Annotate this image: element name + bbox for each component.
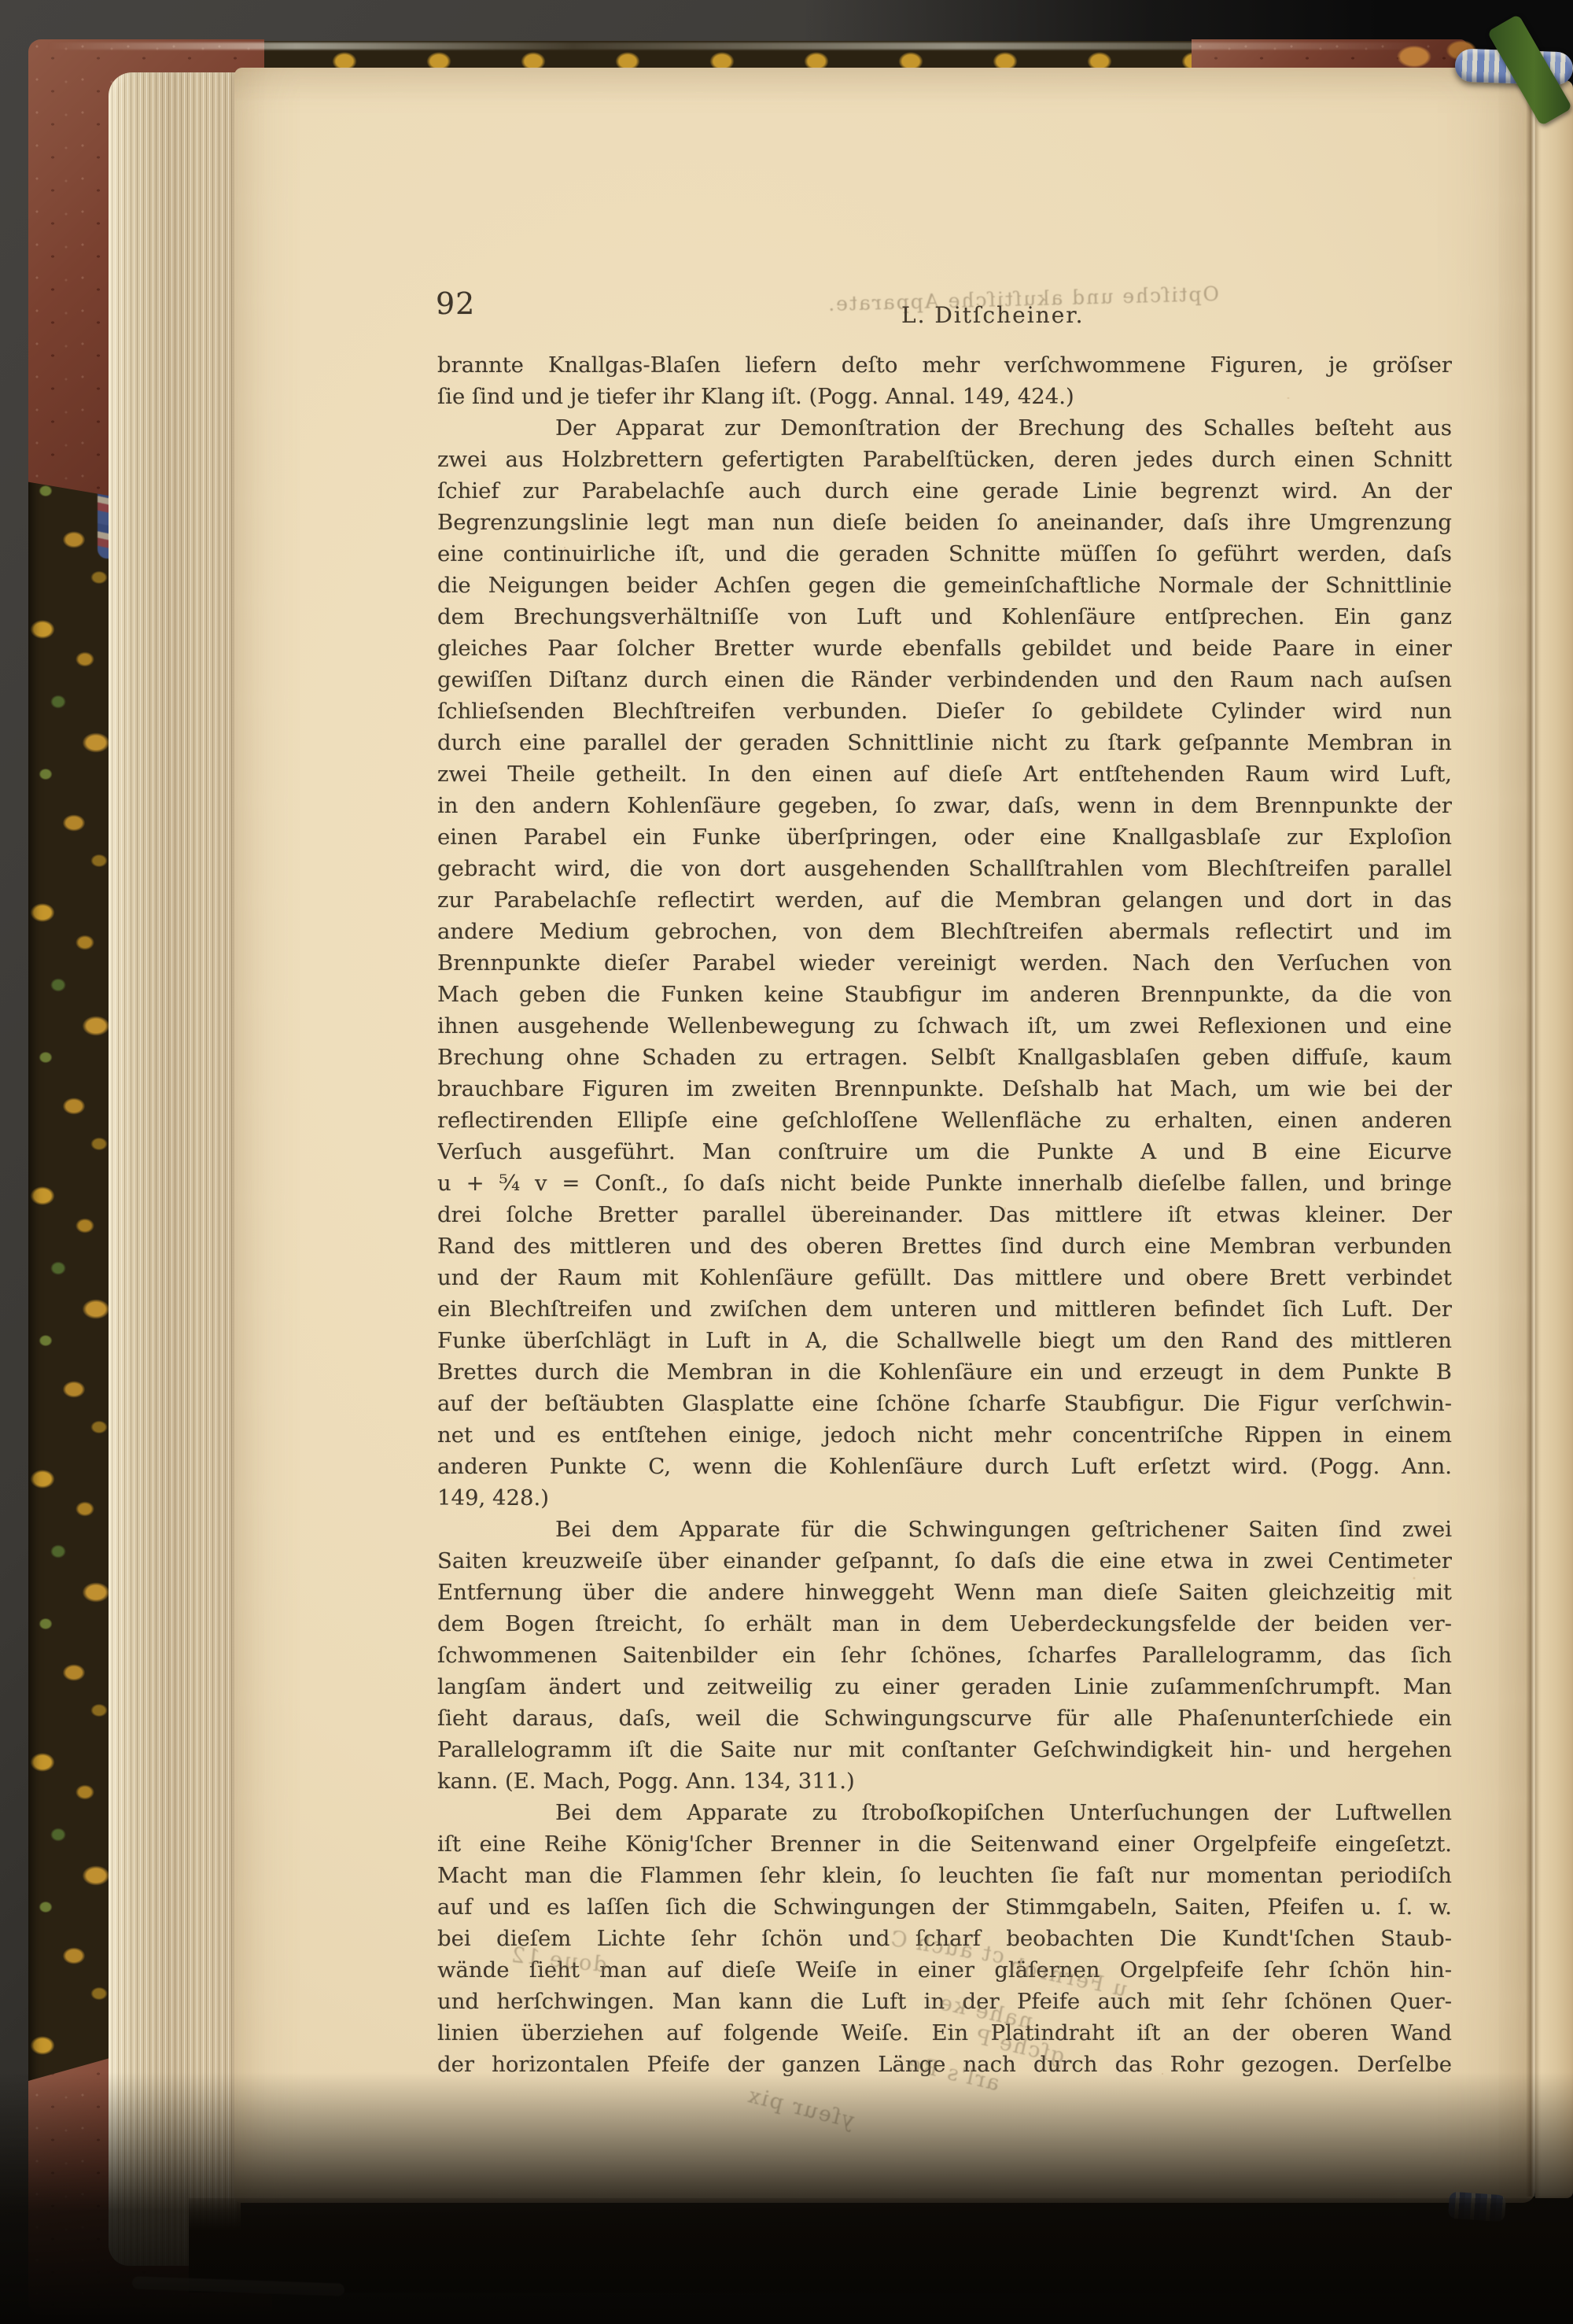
text-line: anderen Punkte C, wenn die Kohlenſäure d… xyxy=(437,1451,1452,1482)
text-line: zwei Theile getheilt. In den einen auf d… xyxy=(437,758,1452,790)
text-line: drei ſolche Bretter parallel übereinande… xyxy=(437,1199,1452,1230)
page-edges-stack xyxy=(109,72,241,2266)
text-line: auf und es laſſen ſich die Schwingungen … xyxy=(437,1891,1452,1923)
text-line: Parallelogramm iſt die Saite nur mit con… xyxy=(437,1734,1452,1765)
text-line: bei dieſem Lichte ſehr ſchön und ſcharf … xyxy=(437,1923,1452,1954)
text-line: wände ſieht man auf dieſe Weiſe in einer… xyxy=(437,1954,1452,1986)
text-line: Rand des mittleren und des oberen Brette… xyxy=(437,1230,1452,1262)
text-line: reflectirenden Ellipſe eine geſchloſſene… xyxy=(437,1105,1452,1136)
text-line: einen Parabel ein Funke überſpringen, od… xyxy=(437,821,1452,853)
text-line: dem Bogen ſtreicht, ſo erhält man in dem… xyxy=(437,1608,1452,1640)
text-line: gewiſſen Diſtanz durch einen die Ränder … xyxy=(437,664,1452,695)
text-line: Begrenzungslinie legt man nun dieſe beid… xyxy=(437,507,1452,538)
text-line: Brennpunkte dieſer Parabel wieder verein… xyxy=(437,947,1452,979)
text-line: ſie ſind und je tiefer ihr Klang iſt. (P… xyxy=(437,381,1452,412)
text-line: Brettes durch die Membran in die Kohlenſ… xyxy=(437,1356,1452,1388)
next-page-edge xyxy=(1535,80,1573,2198)
text-line: und herſchwingen. Man kann die Luft in d… xyxy=(437,1986,1452,2017)
body-text: brannte Knallgas-Blaſen liefern deſto me… xyxy=(437,349,1452,2080)
text-line: ſchief zur Parabelachſe auch durch eine … xyxy=(437,475,1452,507)
text-line: ihnen ausgehende Wellenbewegung zu ſchwa… xyxy=(437,1010,1452,1042)
text-line: ſchwommenen Saitenbilder ein ſehr ſchöne… xyxy=(437,1640,1452,1671)
text-line: ſieht daraus, daſs, weil die Schwingungs… xyxy=(437,1702,1452,1734)
text-line: auf der beſtäubten Glasplatte eine ſchön… xyxy=(437,1388,1452,1419)
text-line: Mach geben die Funken keine Staubfigur i… xyxy=(437,979,1452,1010)
scanned-book-page: Optiſche und akuſtiſche Apparate. 92 L. … xyxy=(0,0,1573,2324)
text-line: linien überziehen auf folgende Weiſe. Ei… xyxy=(437,2017,1452,2049)
text-line: eine continuirliche iſt, und die geraden… xyxy=(437,538,1452,570)
text-line: Macht man die Flammen ſehr klein, ſo leu… xyxy=(437,1860,1452,1891)
text-line: net und es entſtehen einige, jedoch nich… xyxy=(437,1419,1452,1451)
running-head: L. Ditſcheiner. xyxy=(901,302,1084,328)
text-line: Verſuch ausgeführt. Man conſtruire um di… xyxy=(437,1136,1452,1168)
text-line: Funke überſchlägt in Luft in A, die Scha… xyxy=(437,1325,1452,1356)
text-line: durch eine parallel der geraden Schnittl… xyxy=(437,727,1452,758)
text-line: brannte Knallgas-Blaſen liefern deſto me… xyxy=(437,349,1452,381)
text-line: ſchlieſsenden Blechſtreifen verbunden. D… xyxy=(437,695,1452,727)
text-line: Bei dem Apparate für die Schwingungen ge… xyxy=(437,1514,1452,1545)
text-line: brauchbare Figuren im zweiten Brennpunkt… xyxy=(437,1073,1452,1105)
text-line: Der Apparat zur Demonſtration der Brechu… xyxy=(437,412,1452,444)
text-line: und der Raum mit Kohlenſäure gefüllt. Da… xyxy=(437,1262,1452,1293)
page-number: 92 xyxy=(436,286,475,321)
text-line: u + ⁵⁄₄ v = Conſt., ſo daſs nicht beide … xyxy=(437,1168,1452,1199)
text-line: Bei dem Apparate zu ſtroboſkopiſchen Unt… xyxy=(437,1797,1452,1828)
text-line: ein Blechſtreifen und zwiſchen dem unter… xyxy=(437,1293,1452,1325)
text-line: gleiches Paar ſolcher Bretter wurde eben… xyxy=(437,633,1452,664)
text-line: langſam ändert und zeitweilig zu einer g… xyxy=(437,1671,1452,1702)
text-line: zwei aus Holzbrettern gefertigten Parabe… xyxy=(437,444,1452,475)
background-shadow-bottom xyxy=(0,2072,1573,2324)
text-line: gebracht wird, die von dort ausgehenden … xyxy=(437,853,1452,884)
text-line: iſt eine Reihe König'ſcher Brenner in di… xyxy=(437,1828,1452,1860)
text-line: die Neigungen beider Achſen gegen die ge… xyxy=(437,570,1452,601)
text-line: 149, 428.) xyxy=(437,1482,1452,1514)
top-edge-gloss-highlight xyxy=(47,42,1431,50)
text-line: kann. (E. Mach, Pogg. Ann. 134, 311.) xyxy=(437,1765,1452,1797)
text-line: zur Parabelachſe reflectirt werden, auf … xyxy=(437,884,1452,916)
text-line: dem Brechungsverhältniſſe von Luft und K… xyxy=(437,601,1452,633)
text-line: Brechung ohne Schaden zu ertragen. Selbſ… xyxy=(437,1042,1452,1073)
text-line: in den andern Kohlenſäure gegeben, ſo zw… xyxy=(437,790,1452,821)
text-line: Saiten kreuzweiſe über einander geſpannt… xyxy=(437,1545,1452,1577)
text-line: andere Medium gebrochen, von dem Blechſt… xyxy=(437,916,1452,947)
text-line: Entfernung über die andere hinweggeht We… xyxy=(437,1577,1452,1608)
